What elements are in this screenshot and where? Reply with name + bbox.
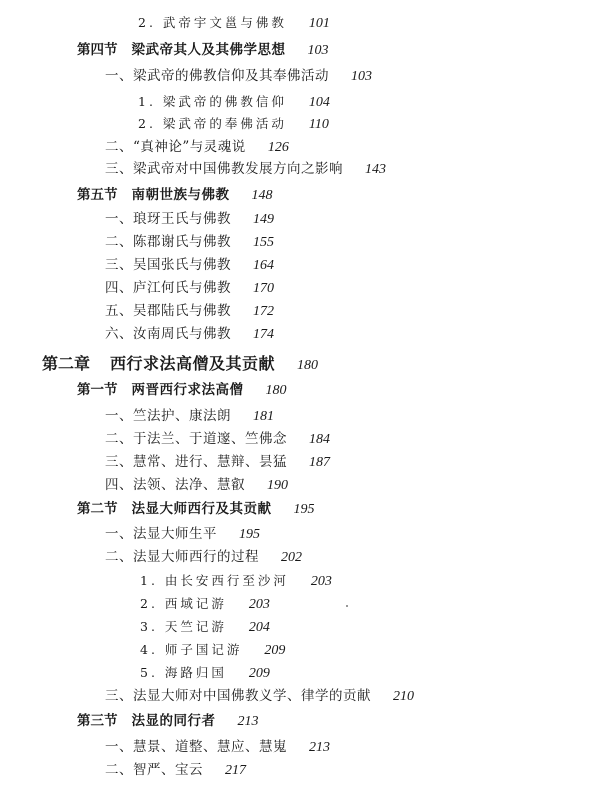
toc-entry: 三、法显大师对中国佛教义学、律学的贡献 210 xyxy=(105,687,414,706)
toc-entry: 4. 师子国记游 209 xyxy=(140,641,285,660)
toc-section: 第三节 法显的同行者 213 xyxy=(77,712,259,731)
section-title: 两晋西行求法高僧 xyxy=(132,381,244,399)
page-number: 204 xyxy=(249,619,270,637)
entry-title: 一、梁武帝的佛教信仰及其奉佛活动 xyxy=(105,67,329,85)
page-number: 143 xyxy=(365,161,386,179)
page-number: 217 xyxy=(225,762,246,780)
entry-title: 五、吴郡陆氏与佛教 xyxy=(105,302,231,320)
page-number: 104 xyxy=(309,94,330,112)
entry-title: 一、竺法护、康法朗 xyxy=(105,407,231,425)
entry-title: 一、琅玡王氏与佛教 xyxy=(105,210,231,228)
toc-entry: 一、慧景、道整、慧应、慧嵬 213 xyxy=(105,738,330,757)
entry-title: 2. 西域记游 xyxy=(140,595,227,613)
toc-entry: 二、智严、宝云 217 xyxy=(105,761,246,780)
page-number: 202 xyxy=(281,549,302,567)
section-title: 梁武帝其人及其佛学思想 xyxy=(132,41,286,59)
toc-entry: 1. 由长安西行至沙河 203 xyxy=(140,572,332,591)
page-number: 110 xyxy=(309,116,329,134)
page-number: 184 xyxy=(309,431,330,449)
entry-title: 四、法领、法净、慧叡 xyxy=(105,476,245,494)
entry-title: 2. 梁武帝的奉佛活动 xyxy=(138,115,287,133)
page-number: 103 xyxy=(351,68,372,86)
entry-title: 三、梁武帝对中国佛教发展方向之影响 xyxy=(105,160,343,178)
toc-entry: 一、法显大师生平 195 xyxy=(105,525,260,544)
toc-entry: 三、吴国张氏与佛教 164 xyxy=(105,256,274,275)
page-number: 210 xyxy=(393,688,414,706)
entry-title: 二、法显大师西行的过程 xyxy=(105,548,259,566)
section-number: 第四节 xyxy=(77,41,118,59)
entry-title: 2. 武帝宇文邕与佛教 xyxy=(138,14,287,32)
page-number: 213 xyxy=(238,713,259,731)
page-number: 180 xyxy=(266,382,287,400)
toc-entry: 2. 西域记游 203 xyxy=(140,595,270,614)
entry-title: 3. 天竺记游 xyxy=(140,618,227,636)
page-number: 180 xyxy=(297,357,318,375)
section-number: 第二节 xyxy=(77,500,118,518)
page-number: 172 xyxy=(253,303,274,321)
entry-title: 三、慧常、进行、慧辩、昙猛 xyxy=(105,453,287,471)
toc-entry: 二、法显大师西行的过程 202 xyxy=(105,548,302,567)
page-number: 148 xyxy=(252,187,273,205)
page-number: 126 xyxy=(268,139,289,157)
page-number: 174 xyxy=(253,326,274,344)
entry-title: 4. 师子国记游 xyxy=(140,641,242,659)
toc-entry: 二、陈郡谢氏与佛教 155 xyxy=(105,233,274,252)
entry-title: 二、“真神论”与灵魂说 xyxy=(105,138,246,156)
section-number: 第三节 xyxy=(77,712,118,730)
toc-entry: 5. 海路归国 209 xyxy=(140,664,270,683)
toc-entry: 一、琅玡王氏与佛教 149 xyxy=(105,210,274,229)
toc-section: 第一节 两晋西行求法高僧 180 xyxy=(77,381,287,400)
toc-entry: 二、于法兰、于道邃、竺佛念 184 xyxy=(105,430,330,449)
page-number: 190 xyxy=(267,477,288,495)
toc-section: 第二节 法显大师西行及其贡献 195 xyxy=(77,500,315,519)
page-number: 195 xyxy=(239,526,260,544)
toc-entry: 三、梁武帝对中国佛教发展方向之影响 143 xyxy=(105,160,386,179)
toc-entry: 五、吴郡陆氏与佛教 172 xyxy=(105,302,274,321)
page-number: 213 xyxy=(309,739,330,757)
page-number: 155 xyxy=(253,234,274,252)
toc-entry: 1. 梁武帝的佛教信仰 104 xyxy=(138,93,330,112)
entry-title: 一、慧景、道整、慧应、慧嵬 xyxy=(105,738,287,756)
toc-section: 第五节 南朝世族与佛教 148 xyxy=(77,186,273,205)
chapter-title: 西行求法高僧及其贡献 xyxy=(110,355,275,373)
toc-entry: 二、“真神论”与灵魂说 126 xyxy=(105,138,289,157)
page-number: 164 xyxy=(253,257,274,275)
entry-title: 1. 由长安西行至沙河 xyxy=(140,572,289,590)
entry-title: 二、陈郡谢氏与佛教 xyxy=(105,233,231,251)
entry-title: 一、法显大师生平 xyxy=(105,525,217,543)
section-number: 第五节 xyxy=(77,186,118,204)
toc-entry: 三、慧常、进行、慧辩、昙猛 187 xyxy=(105,453,330,472)
chapter-number: 第二章 xyxy=(42,355,90,373)
page-number: 195 xyxy=(294,501,315,519)
page-number: 170 xyxy=(253,280,274,298)
entry-title: 5. 海路归国 xyxy=(140,664,227,682)
toc-entry: 六、汝南周氏与佛教 174 xyxy=(105,325,274,344)
page-number: 103 xyxy=(308,42,329,60)
toc-entry: 2. 梁武帝的奉佛活动 110 xyxy=(138,115,329,134)
toc-chapter: 第二章 西行求法高僧及其贡献 180 xyxy=(42,355,318,375)
toc-entry: 四、庐江何氏与佛教 170 xyxy=(105,279,274,298)
page-number: 209 xyxy=(249,665,270,683)
scan-speck xyxy=(346,605,348,607)
toc-entry: 四、法领、法净、慧叡 190 xyxy=(105,476,288,495)
toc-entry: 一、梁武帝的佛教信仰及其奉佛活动 103 xyxy=(105,67,372,86)
entry-title: 三、法显大师对中国佛教义学、律学的贡献 xyxy=(105,687,371,705)
entry-title: 六、汝南周氏与佛教 xyxy=(105,325,231,343)
page-number: 101 xyxy=(309,15,330,33)
page-number: 209 xyxy=(264,642,285,660)
toc-entry: 3. 天竺记游 204 xyxy=(140,618,270,637)
page-number: 203 xyxy=(249,596,270,614)
entry-title: 二、智严、宝云 xyxy=(105,761,203,779)
page-number: 149 xyxy=(253,211,274,229)
page-number: 203 xyxy=(311,573,332,591)
toc-entry: 一、竺法护、康法朗 181 xyxy=(105,407,274,426)
section-title: 法显的同行者 xyxy=(132,712,216,730)
entry-title: 三、吴国张氏与佛教 xyxy=(105,256,231,274)
entry-title: 四、庐江何氏与佛教 xyxy=(105,279,231,297)
section-title: 法显大师西行及其贡献 xyxy=(132,500,272,518)
section-number: 第一节 xyxy=(77,381,118,399)
page-number: 187 xyxy=(309,454,330,472)
entry-title: 1. 梁武帝的佛教信仰 xyxy=(138,93,287,111)
page-number: 181 xyxy=(253,408,274,426)
toc-section: 第四节 梁武帝其人及其佛学思想 103 xyxy=(77,41,329,60)
section-title: 南朝世族与佛教 xyxy=(132,186,230,204)
entry-title: 二、于法兰、于道邃、竺佛念 xyxy=(105,430,287,448)
toc-entry: 2. 武帝宇文邕与佛教 101 xyxy=(138,14,330,33)
